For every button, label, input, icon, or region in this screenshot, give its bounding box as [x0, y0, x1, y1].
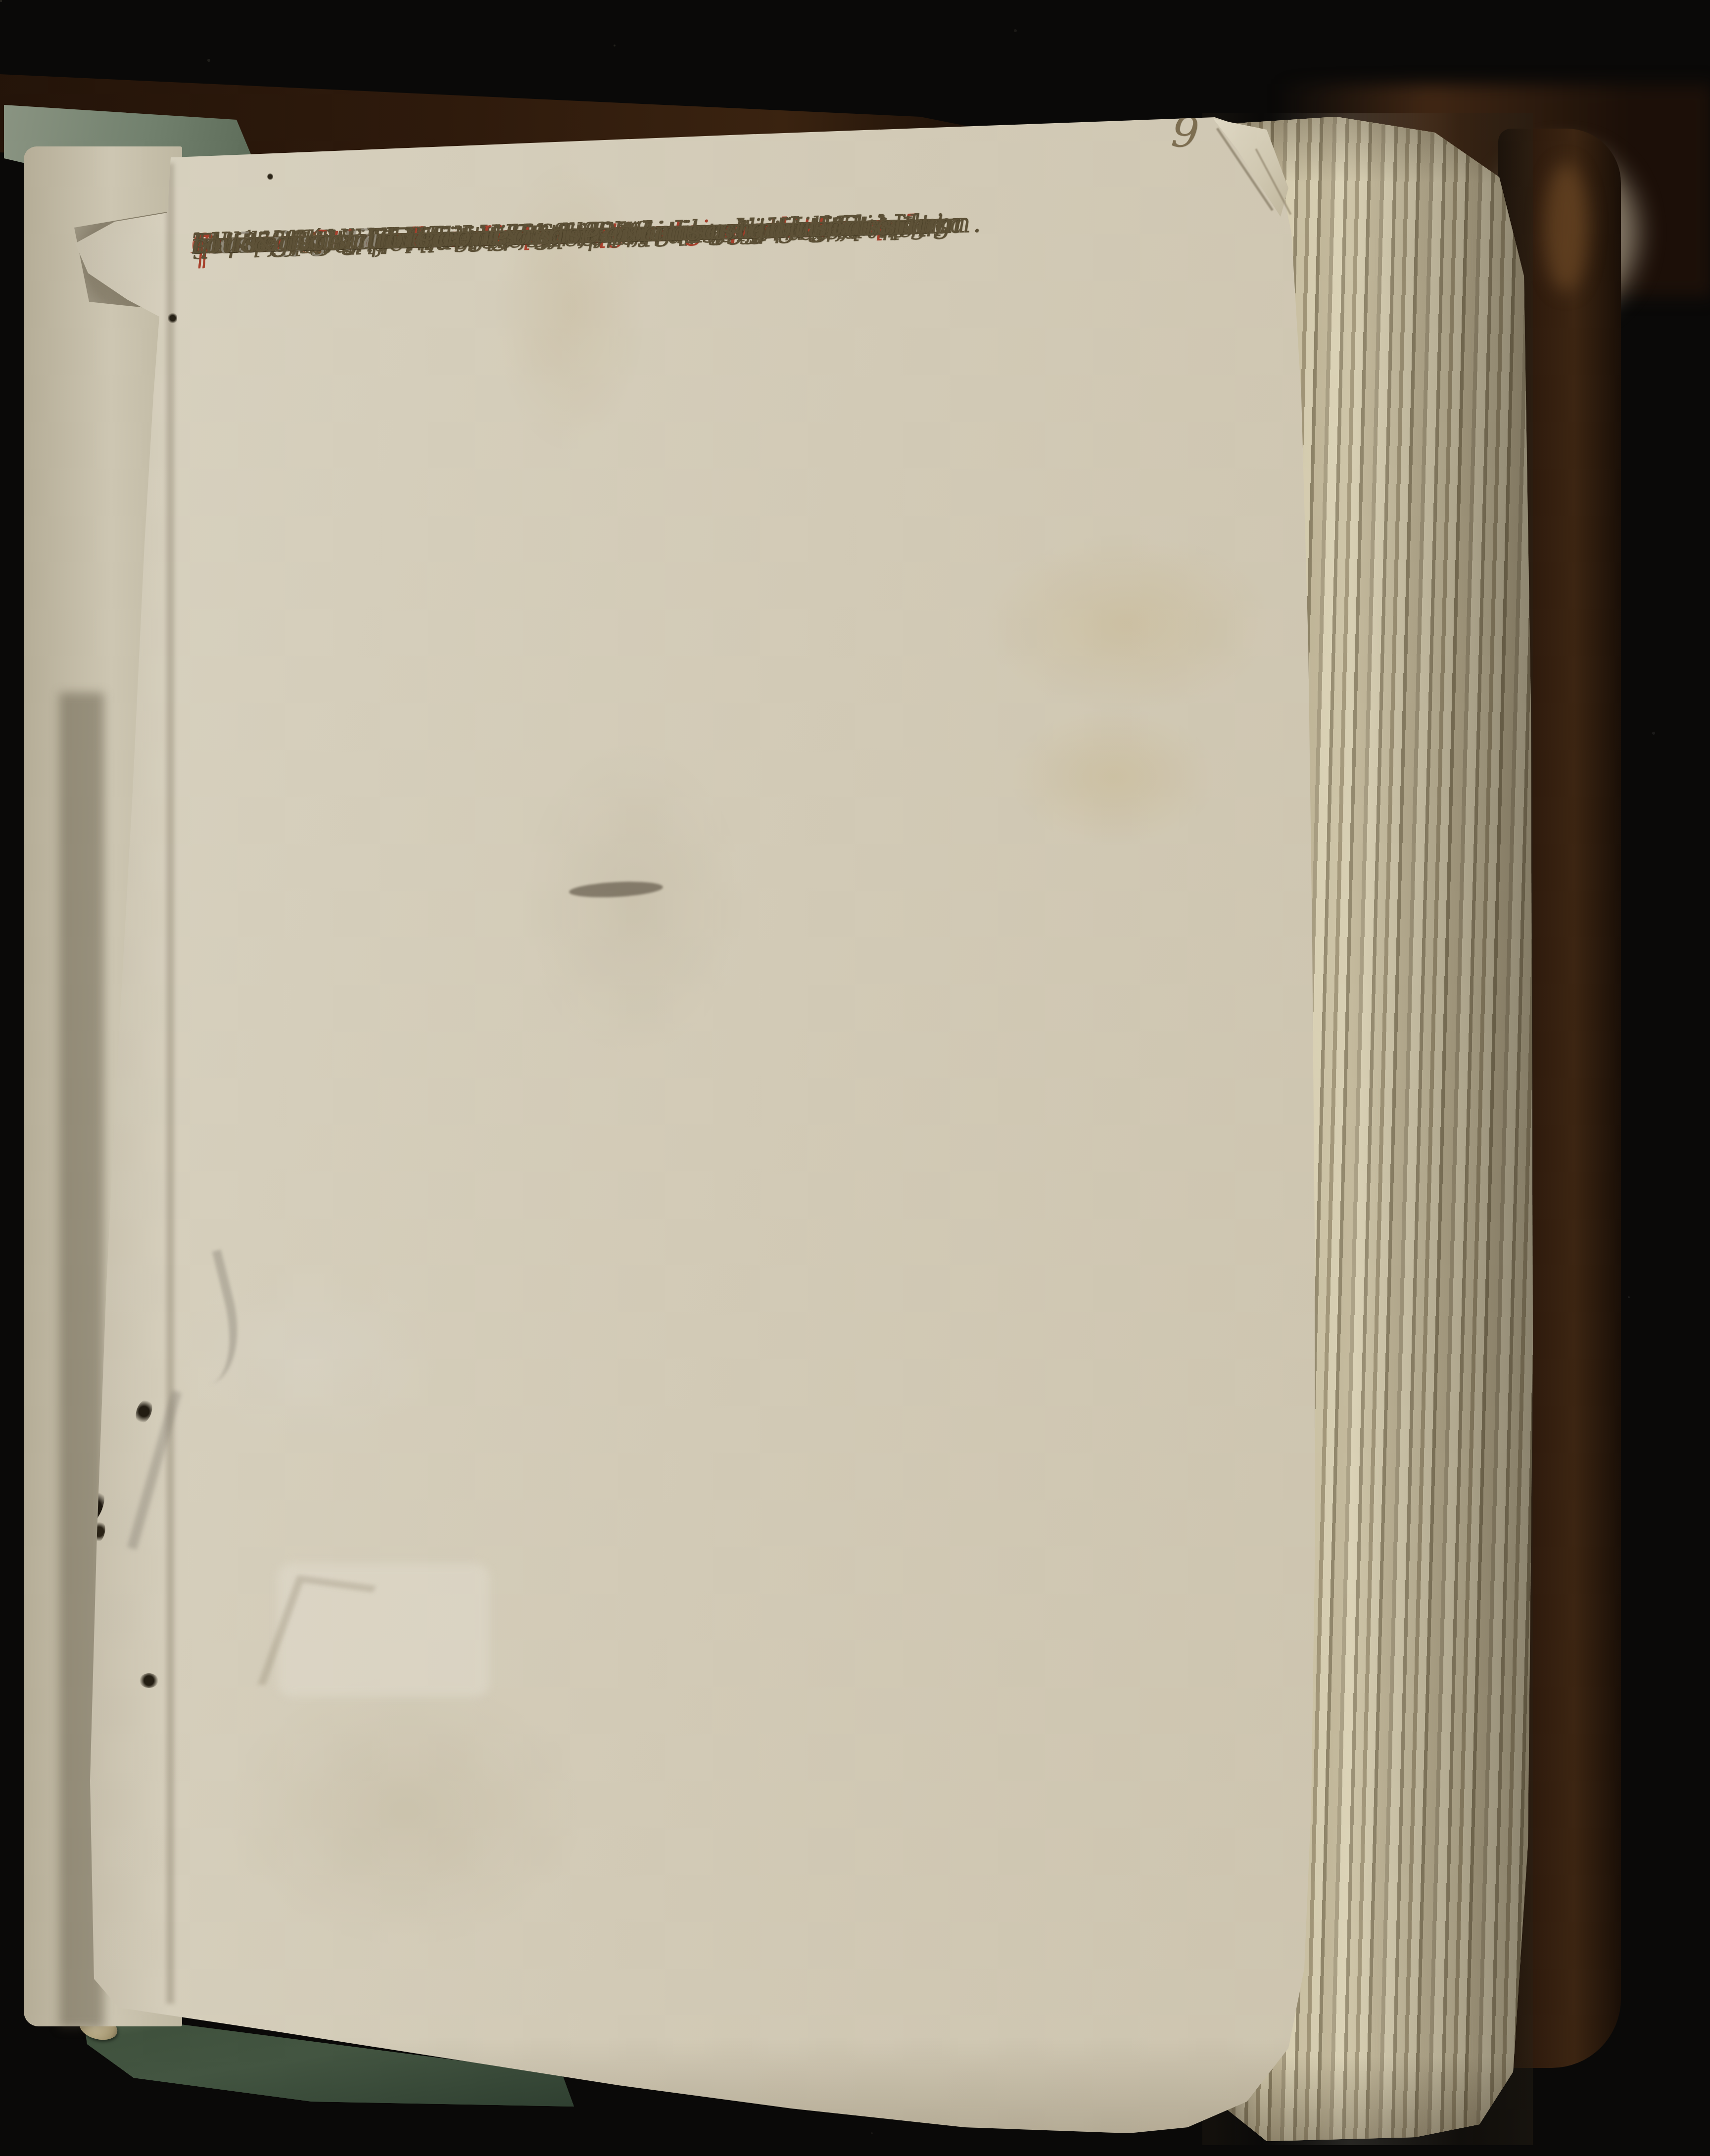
wormhole [140, 1673, 158, 1688]
bleedthrough-mark [149, 1250, 252, 1393]
manuscript-photo: 9 vasi: qr si calor defecerit: Corrumpet… [0, 0, 1710, 2156]
page-number: 9 [1170, 107, 1201, 158]
wormhole [267, 173, 273, 180]
manuscript-line: to: & stet ibi donec qsequaris signū pdi… [191, 222, 192, 267]
ink-smudge [569, 880, 663, 899]
gutter-crease [166, 163, 174, 2004]
dust-specks [0, 0, 2, 2]
leather-highlight [1544, 163, 1588, 292]
wormhole [168, 313, 177, 324]
wormhole [133, 1397, 155, 1425]
